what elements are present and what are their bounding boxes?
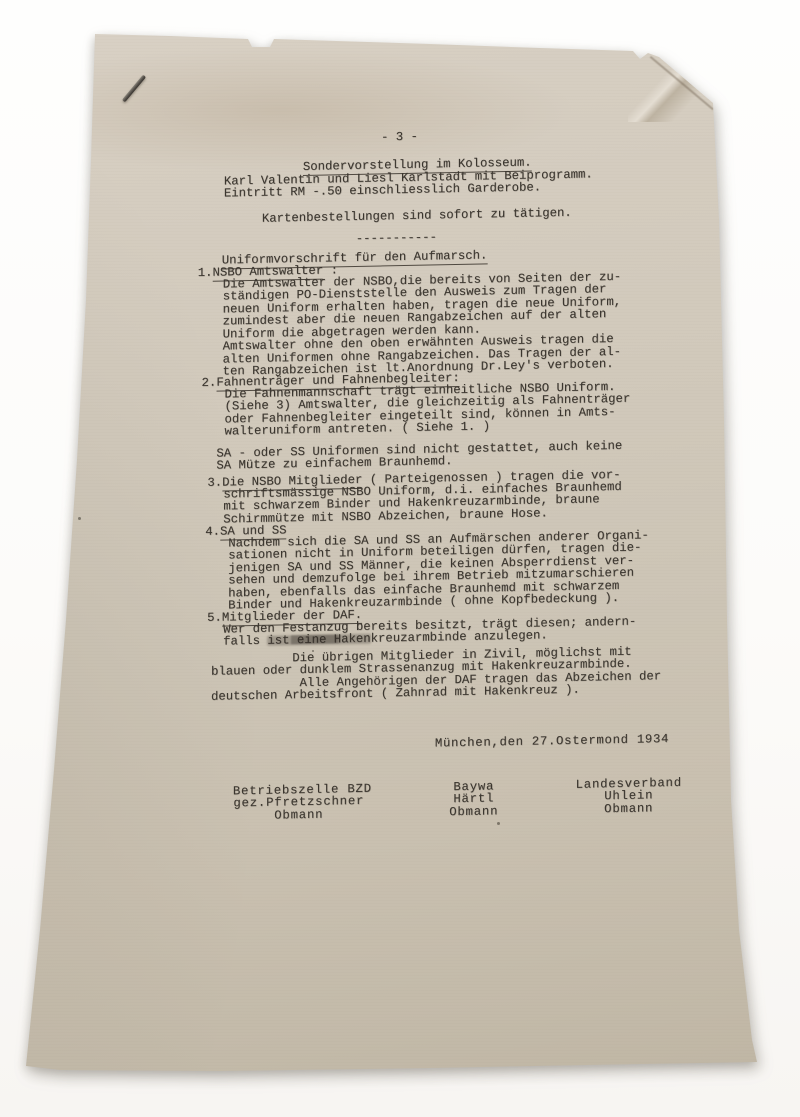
item-4-body: Nachdem sich die SA und SS an Aufmärsche… bbox=[228, 529, 649, 612]
overtype-smudge-core bbox=[291, 634, 339, 644]
signature-column-baywa: Baywa Härtl Obmann bbox=[408, 780, 540, 820]
item-5-number: 5. bbox=[207, 611, 222, 625]
paper-shadow: - 3 - Sondervorstellung im Kolosseum. Ka… bbox=[0, 0, 800, 1117]
signature-column-betriebszelle: Betriebszelle BZD gez.Pfretzschner Obman… bbox=[233, 783, 365, 823]
announcement-order-line: Kartenbestellungen sind sofort zu tätige… bbox=[262, 207, 572, 225]
signature-column-landesverband: Landesverband Uhlein Obmann bbox=[563, 777, 695, 817]
dateline: München,den 27.Ostermond 1934 bbox=[435, 733, 669, 750]
item-3-body: schriftsmässige NSBO Uniform, d.i. einfa… bbox=[223, 481, 621, 526]
item-2-note: SA - oder SS Uniformen sind nicht gestat… bbox=[216, 440, 622, 473]
corner-fold bbox=[628, 44, 728, 122]
item-3-number: 3. bbox=[207, 476, 222, 490]
item-1-body: Die Amtswalter der NSBO,die bereits von … bbox=[223, 271, 622, 378]
item-1-number: 1. bbox=[198, 266, 213, 280]
item-2-body: Die Fahnenmannschaft trägt einheitliche … bbox=[224, 381, 630, 439]
item-5-body-continued: Die übrigen Mitglieder in Zivil, möglich… bbox=[211, 645, 661, 703]
document-page: - 3 - Sondervorstellung im Kolosseum. Ka… bbox=[0, 0, 800, 1117]
typewritten-content: - 3 - Sondervorstellung im Kolosseum. Ka… bbox=[195, 120, 696, 860]
page-number: - 3 - bbox=[381, 131, 418, 144]
section-divider: ----------- bbox=[356, 231, 437, 245]
paper-speck bbox=[78, 517, 81, 520]
signature-role: Obmann bbox=[563, 801, 695, 816]
photo-background: - 3 - Sondervorstellung im Kolosseum. Ka… bbox=[0, 0, 800, 1117]
signature-role: Obmann bbox=[408, 804, 540, 819]
item-2-number: 2. bbox=[202, 376, 217, 390]
item-4-number: 4. bbox=[205, 525, 220, 539]
